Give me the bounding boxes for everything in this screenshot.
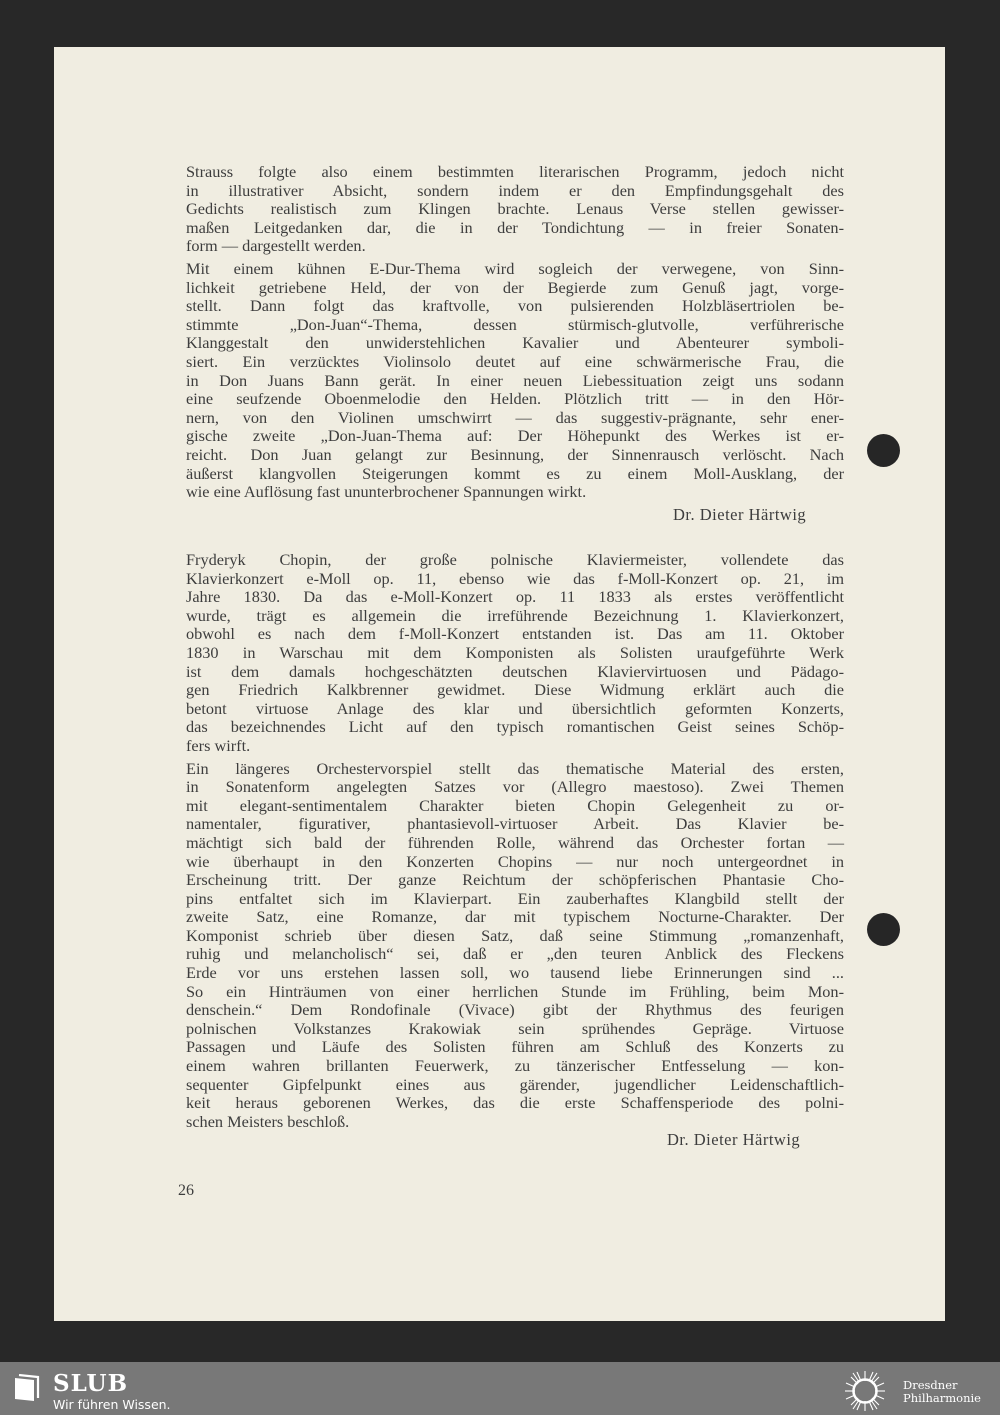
- book-icon: [14, 1374, 40, 1402]
- author-signature: Dr. Dieter Härtwig: [673, 505, 806, 525]
- text-line: So ein Hinträumen von einer herrlichen S…: [186, 983, 844, 1002]
- text-line: fers wirft.: [186, 737, 844, 756]
- text-line: sequenter Gipfelpunkt eines aus gärender…: [186, 1076, 844, 1095]
- text-line: gen Friedrich Kalkbrenner gewidmet. Dies…: [186, 681, 844, 700]
- text-line: namentaler, figurativer, phantasievoll-v…: [186, 815, 844, 834]
- text-line: keit heraus geborenen Werkes, das die er…: [186, 1094, 844, 1113]
- text-line: äußerst klangvollen Steigerungen kommt e…: [186, 465, 844, 484]
- text-line: stimmte „Don-Juan“-Thema, dessen stürmis…: [186, 316, 844, 335]
- text-line: mächtigt sich bald der führenden Rolle, …: [186, 834, 844, 853]
- text-line: stellt. Dann folgt das kraftvolle, von p…: [186, 297, 844, 316]
- text-line: Jahre 1830. Da das e-Moll-Konzert op. 11…: [186, 588, 844, 607]
- author-signature: Dr. Dieter Härtwig: [667, 1130, 800, 1150]
- text-line: Gedichts realistisch zum Klingen brachte…: [186, 200, 844, 219]
- text-line: in Sonatenform angelegten Satzes vor (Al…: [186, 778, 844, 797]
- text-line: siert. Ein verzücktes Violinsolo deutet …: [186, 353, 844, 372]
- paragraph: Fryderyk Chopin, der große polnische Kla…: [186, 551, 844, 756]
- slub-tagline: Wir führen Wissen.: [53, 1397, 171, 1412]
- text-line: Fryderyk Chopin, der große polnische Kla…: [186, 551, 844, 570]
- footer-bar: SLUB Wir führen Wissen. Dresdner Philhar…: [0, 1362, 1000, 1415]
- text-line: ruhig und melancholisch“ sei, daß er „de…: [186, 945, 844, 964]
- text-line: Ein längeres Orchestervorspiel stellt da…: [186, 760, 844, 779]
- punch-hole-top: [867, 434, 900, 467]
- text-line: einem wahren brillanten Feuerwerk, zu tä…: [186, 1057, 844, 1076]
- philharmonie-name-line2: Philharmonie: [903, 1391, 981, 1405]
- text-line: mit elegant-sentimentalem Charakter biet…: [186, 797, 844, 816]
- text-line: Passagen und Läufe des Solisten führen a…: [186, 1038, 844, 1057]
- text-line: das bezeichnendes Licht auf den typisch …: [186, 718, 844, 737]
- text-line: in illustrativer Absicht, sondern indem …: [186, 182, 844, 201]
- text-line: Erscheinung tritt. Der ganze Reichtum de…: [186, 871, 844, 890]
- text-line: Mit einem kühnen E-Dur-Thema wird soglei…: [186, 260, 844, 279]
- section-strauss-text: Strauss folgte also einem bestimmten lit…: [186, 163, 844, 502]
- text-line: 1830 in Warschau mit dem Komponisten als…: [186, 644, 844, 663]
- text-line: lichkeit getriebene Held, der von der Be…: [186, 279, 844, 298]
- sunburst-ring-icon: [843, 1369, 887, 1413]
- text-line: wie eine Auflösung fast ununterbrochener…: [186, 483, 844, 502]
- text-line: eine seufzende Oboenmelodie den Helden. …: [186, 390, 844, 409]
- text-line: zweite Satz, eine Romanze, dar mit typis…: [186, 908, 844, 927]
- text-line: polnischen Volkstanzes Krakowiak sein sp…: [186, 1020, 844, 1039]
- punch-hole-bottom: [867, 913, 900, 946]
- text-line: schen Meisters beschloß.: [186, 1113, 844, 1132]
- paragraph: Strauss folgte also einem bestimmten lit…: [186, 163, 844, 256]
- text-line: gische zweite „Don-Juan-Thema auf: Der H…: [186, 427, 844, 446]
- text-line: denschein.“ Dem Rondofinale (Vivace) gib…: [186, 1001, 844, 1020]
- text-line: Komponist schrieb über diesen Satz, daß …: [186, 927, 844, 946]
- text-line: maßen Leitgedanken dar, die in der Tondi…: [186, 219, 844, 238]
- paragraph: Ein längeres Orchestervorspiel stellt da…: [186, 760, 844, 1132]
- text-line: obwohl es nach dem f-Moll-Konzert entsta…: [186, 625, 844, 644]
- text-line: Klavierkonzert e-Moll op. 11, ebenso wie…: [186, 570, 844, 589]
- text-line: Klanggestalt den unwiderstehlichen Kaval…: [186, 334, 844, 353]
- text-line: reicht. Don Juan gelangt zur Besinnung, …: [186, 446, 844, 465]
- text-line: form — dargestellt werden.: [186, 237, 844, 256]
- text-line: nern, von den Violinen umschwirrt — das …: [186, 409, 844, 428]
- philharmonie-name: Dresdner Philharmonie: [903, 1379, 981, 1405]
- page-number: 26: [178, 1182, 194, 1200]
- text-line: wurde, trägt es allgemein die irreführen…: [186, 607, 844, 626]
- slub-name: SLUB: [53, 1370, 128, 1397]
- text-line: ist dem damals hochgeschätzten deutschen…: [186, 663, 844, 682]
- text-line: pins entfaltet sich im Klavierpart. Ein …: [186, 890, 844, 909]
- text-line: Erde vor uns erstehen lassen soll, wo ta…: [186, 964, 844, 983]
- paragraph: Mit einem kühnen E-Dur-Thema wird soglei…: [186, 260, 844, 502]
- text-line: wie überhaupt in den Konzerten Chopins —…: [186, 853, 844, 872]
- section-chopin-text: Fryderyk Chopin, der große polnische Kla…: [186, 551, 844, 1131]
- philharmonie-name-line1: Dresdner: [903, 1378, 958, 1392]
- text-line: Strauss folgte also einem bestimmten lit…: [186, 163, 844, 182]
- text-line: betont virtuose Anlage des klar und über…: [186, 700, 844, 719]
- text-line: in Don Juans Bann gerät. In einer neuen …: [186, 372, 844, 391]
